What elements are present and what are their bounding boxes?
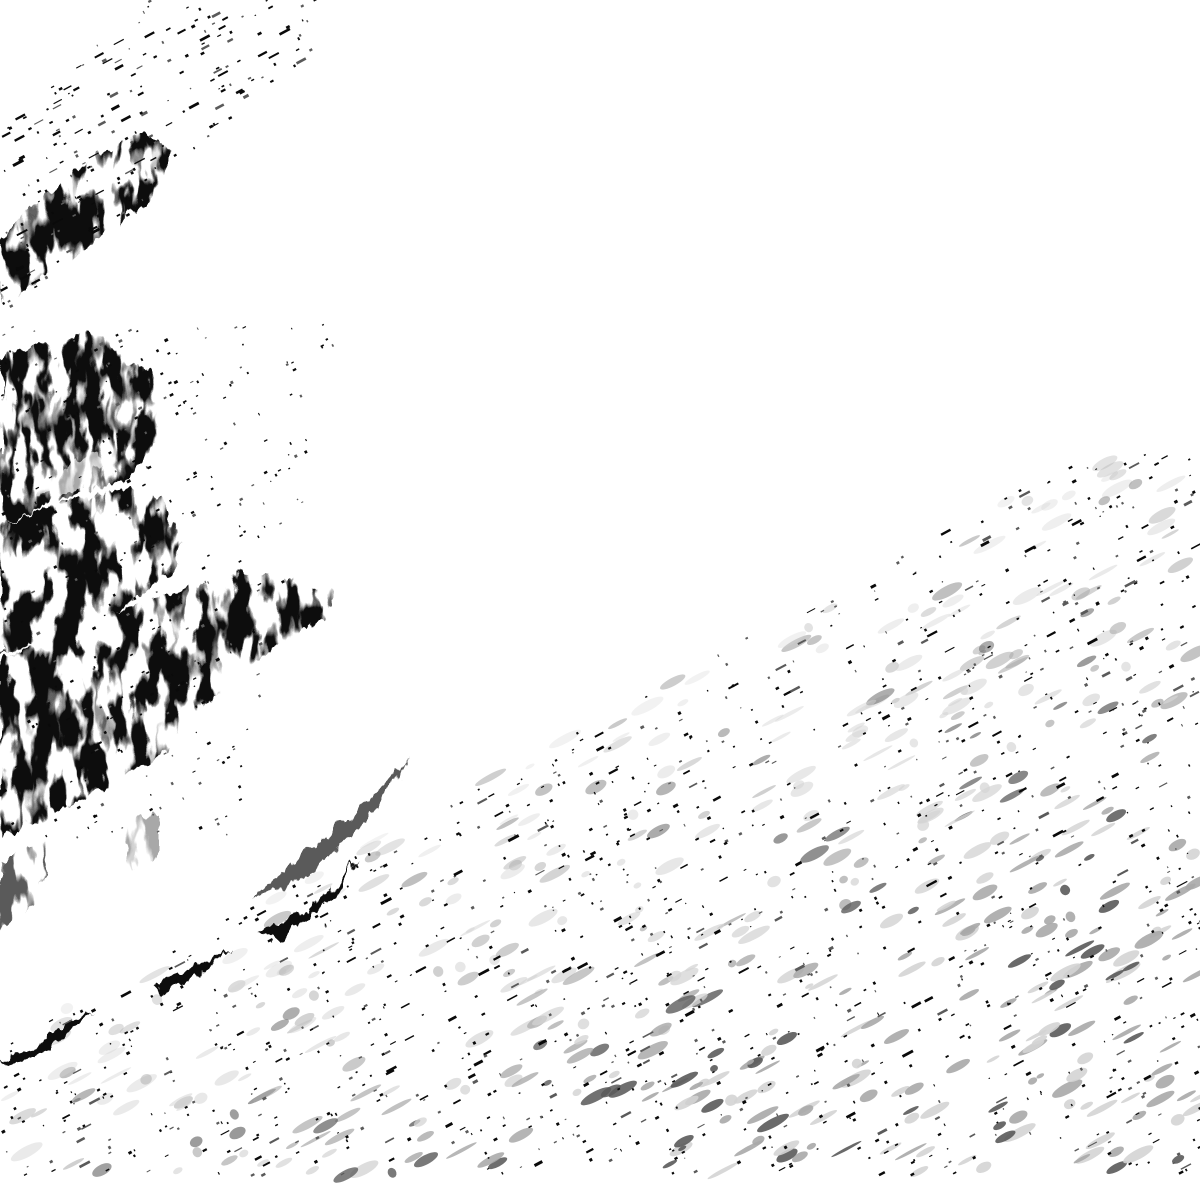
terrain-raster (0, 0, 1200, 1200)
